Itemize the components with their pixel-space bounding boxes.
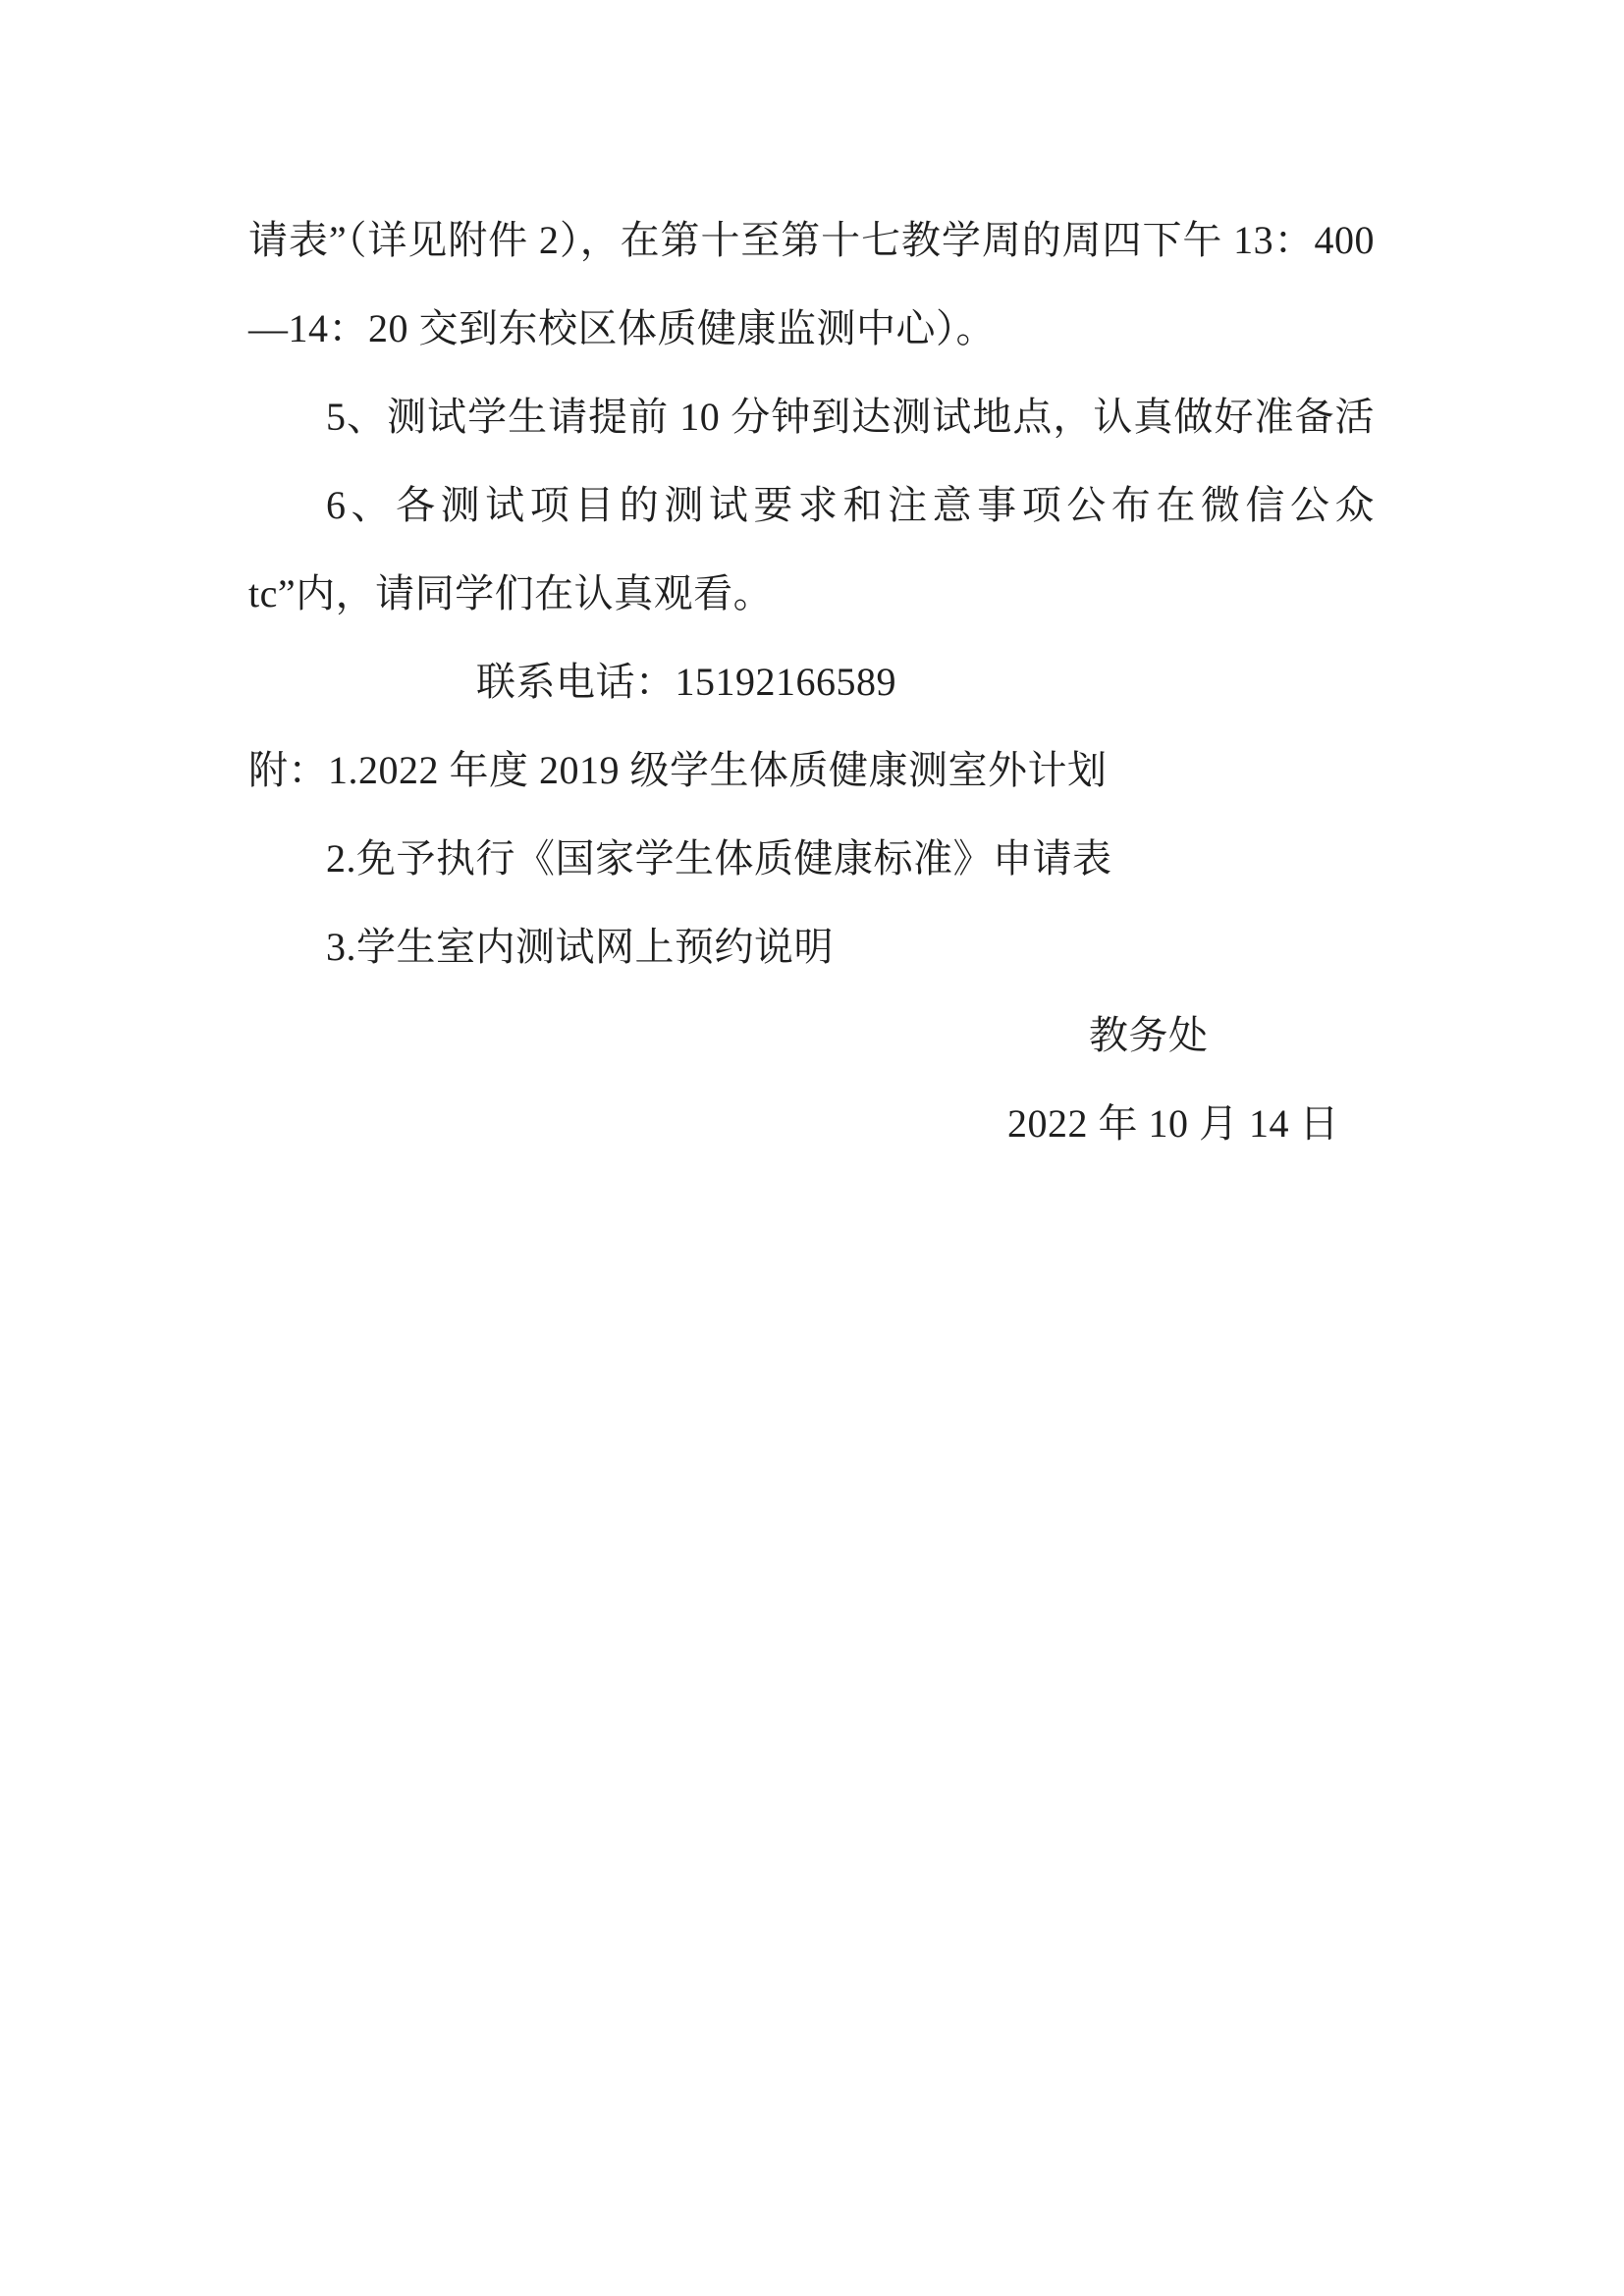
document-line: 2.免予执行《国家学生体质健康标准》申请表 bbox=[248, 815, 1375, 903]
document-line: 2022 年 10 月 14 日 bbox=[248, 1080, 1375, 1168]
document-line: 6、各测试项目的测试要求和注意事项公布在微信公众号“lcdx bbox=[248, 461, 1375, 550]
document-line: —14：20 交到东校区体质健康监测中心）。 bbox=[248, 285, 1375, 373]
document-line: 联系电话：15192166589 bbox=[248, 638, 1375, 726]
document-line: tc”内，请同学们在认真观看。 bbox=[248, 550, 1375, 638]
document-line: 请表”（详见附件 2），在第十至第十七教学周的周四下午 13：400 bbox=[248, 196, 1375, 285]
document-body: 请表”（详见附件 2），在第十至第十七教学周的周四下午 13：400—14：20… bbox=[248, 196, 1375, 1168]
document-line: 附：1.2022 年度 2019 级学生体质健康测室外计划 bbox=[248, 726, 1375, 815]
document-line: 5、测试学生请提前 10 分钟到达测试地点，认真做好准备活动。 bbox=[248, 373, 1375, 461]
document-line: 教务处 bbox=[248, 991, 1375, 1080]
document-line: 3.学生室内测试网上预约说明 bbox=[248, 903, 1375, 991]
document-page: 请表”（详见附件 2），在第十至第十七教学周的周四下午 13：400—14：20… bbox=[0, 0, 1624, 2296]
